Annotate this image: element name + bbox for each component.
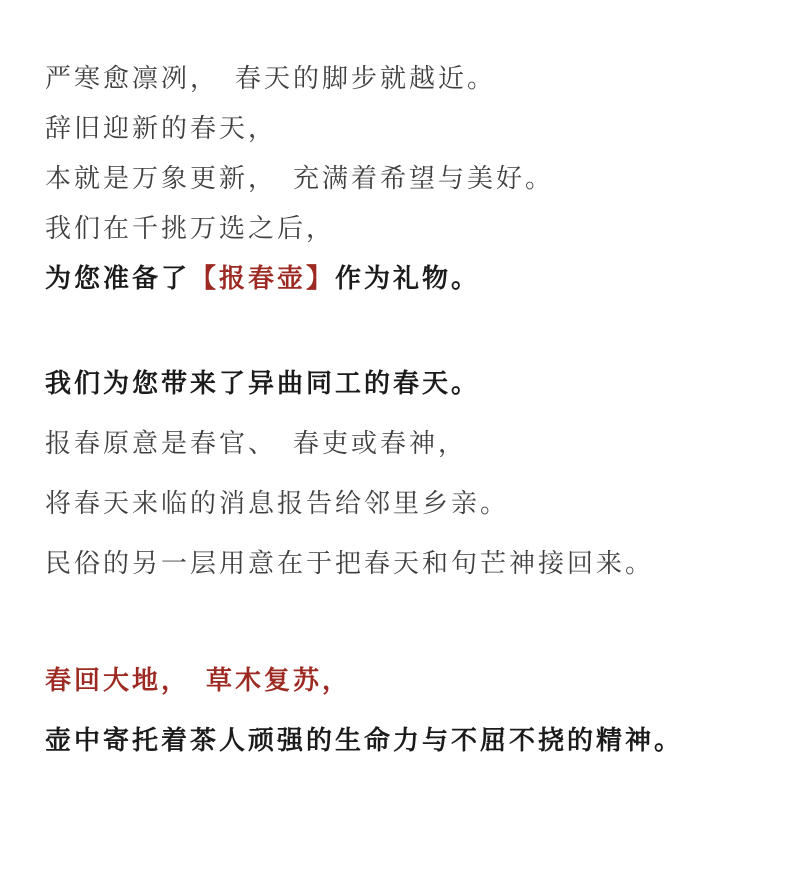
text-line-announce-spring: 将春天来临的消息报告给邻里乡亲。: [45, 474, 760, 534]
text-line-spring-brought: 我们为您带来了异曲同工的春天。: [45, 354, 760, 414]
text-line-spirit: 壶中寄托着茶人顽强的生命力与不屈不挠的精神。: [45, 711, 760, 771]
text-line-selection: 我们在千挑万选之后，: [45, 204, 760, 254]
gift-suffix-text: 作为礼物。: [335, 264, 480, 294]
text-line-farewell: 辞旧迎新的春天，: [45, 104, 760, 154]
text-line-baochun-origin: 报春原意是春官、 春吏或春神，: [45, 414, 760, 474]
text-line-spring-returns: 春回大地， 草木复苏，: [45, 651, 760, 711]
text-line-gift: 为您准备了【报春壶】作为礼物。: [45, 254, 760, 304]
product-name-highlight: 【报春壶】: [190, 264, 335, 294]
paragraph-intro: 严寒愈凛冽， 春天的脚步就越近。 辞旧迎新的春天， 本就是万象更新， 充满着希望…: [45, 54, 760, 304]
paragraph-closing: 春回大地， 草木复苏， 壶中寄托着茶人顽强的生命力与不屈不挠的精神。: [45, 651, 760, 771]
paragraph-meaning: 我们为您带来了异曲同工的春天。 报春原意是春官、 春吏或春神， 将春天来临的消息…: [45, 354, 760, 594]
text-line-renewal: 本就是万象更新， 充满着希望与美好。: [45, 154, 760, 204]
page: 严寒愈凛冽， 春天的脚步就越近。 辞旧迎新的春天， 本就是万象更新， 充满着希望…: [0, 0, 790, 869]
text-line-winter: 严寒愈凛冽， 春天的脚步就越近。: [45, 54, 760, 104]
gift-prefix-text: 为您准备了: [45, 264, 190, 294]
text-line-folk-custom: 民俗的另一层用意在于把春天和句芒神接回来。: [45, 534, 760, 594]
